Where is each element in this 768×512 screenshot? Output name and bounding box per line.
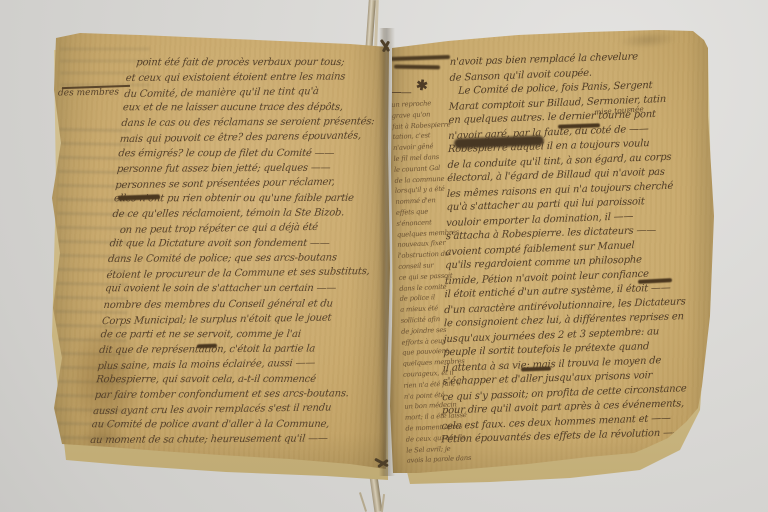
handwritten-line: eux et de ne laisser aucune trace des dé… (122, 100, 386, 116)
handwritten-line: dit que la Dictature avoit son fondement… (109, 236, 373, 252)
photo-background: des membres point été fait de procès ver… (0, 0, 768, 512)
handwritten-line: au moment de sa chute; heureusement qu'i… (89, 431, 353, 448)
handwritten-line: de ce parti et ne se servoit, comme je l… (100, 327, 364, 343)
page-stain (618, 30, 679, 50)
left-arrow-mark: ⟵— (386, 86, 411, 99)
handwritten-line: mais qui pouvoit ce être? des parens épo… (119, 128, 384, 147)
scribble-mark (390, 55, 450, 61)
cord-fray (359, 492, 367, 512)
asterisk-mark: ✱ (415, 77, 429, 94)
scribble-mark (394, 65, 440, 70)
binding-knot-top (378, 38, 394, 56)
handwritten-line: Robespierre, qui savoit cela, a-t-il com… (95, 372, 359, 388)
strikethrough-mark (197, 344, 217, 349)
margin-note-line: avois la parole dans le (407, 453, 473, 467)
binding-knot-bottom (374, 456, 392, 470)
left-margin-note: des membres (58, 87, 119, 98)
right-page: ⟵— ✱ un reprochegrave qu'onfait à Robesp… (388, 26, 716, 480)
handwritten-line: point été fait de procès verbaux pour to… (127, 55, 391, 71)
right-page-text: n'avoit pas bien remplacé la chevelurede… (441, 49, 694, 448)
cord-fray (381, 494, 385, 512)
handwritten-line: des émigrés? le coup de filet du Comité … (118, 145, 382, 161)
handwritten-line: qui avoient le soin de s'attacher un cer… (104, 281, 368, 297)
handwritten-line: au Comité de police avant d'aller à la C… (91, 417, 355, 433)
left-page: des membres point été fait de procès ver… (50, 28, 390, 478)
left-page-text: point été fait de procès verbaux pour to… (89, 54, 390, 448)
